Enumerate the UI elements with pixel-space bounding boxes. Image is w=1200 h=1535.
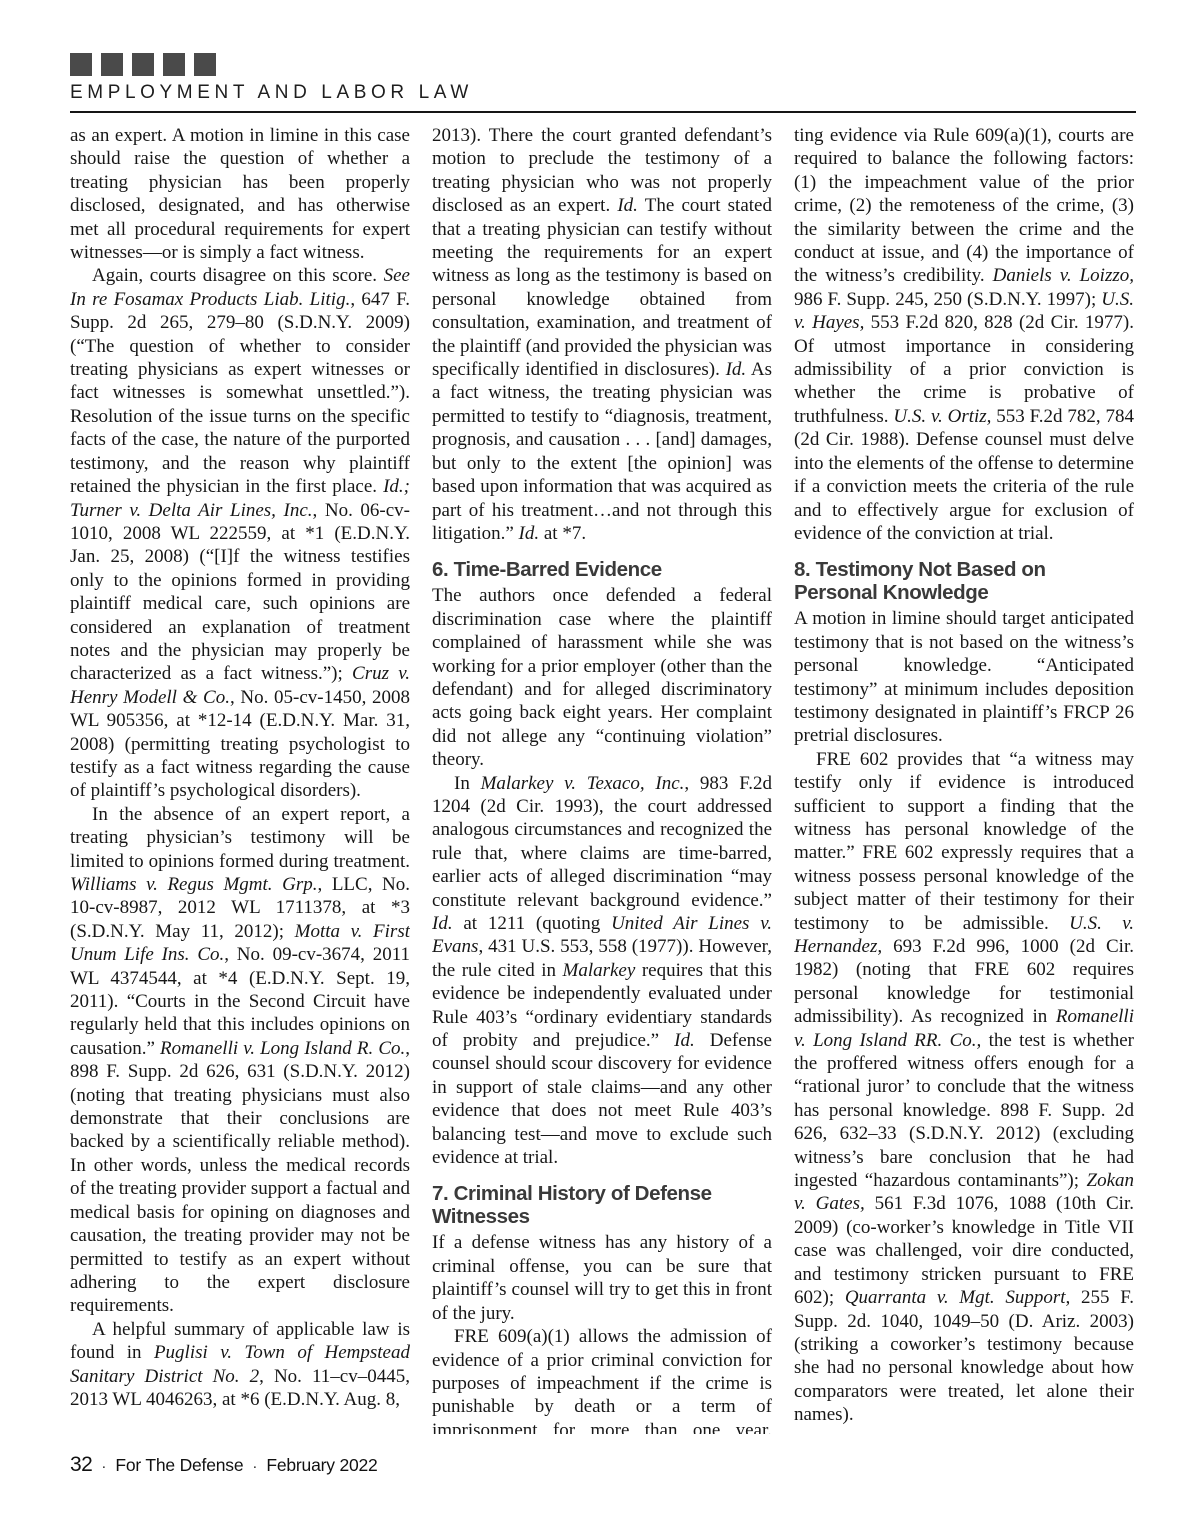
paragraph: ting evidence via Rule 609(a)(1), courts…	[794, 124, 1134, 545]
paragraph: In the absence of an expert report, a tr…	[70, 803, 410, 1318]
header-rule	[70, 111, 1136, 113]
section-heading: 7. Criminal History of Defense Witnesses	[432, 1182, 772, 1228]
marker-square	[194, 53, 216, 76]
magazine-page: EMPLOYMENT AND LABOR LAW as an expert. A…	[0, 0, 1200, 1535]
text-column: as an expert. A motion in limine in this…	[70, 124, 410, 1434]
paragraph: 2013). There the court granted defendant…	[432, 124, 772, 545]
marker-square	[101, 53, 123, 76]
article-columns: as an expert. A motion in limine in this…	[70, 124, 1136, 1434]
paragraph: In Malarkey v. Texaco, Inc., 983 F.2d 12…	[432, 772, 772, 1170]
page-number: 32	[70, 1453, 92, 1477]
paragraph: A helpful summary of applicable law is f…	[70, 1318, 410, 1412]
text-column: ting evidence via Rule 609(a)(1), courts…	[794, 124, 1134, 1434]
text-column: 2013). There the court granted defendant…	[432, 124, 772, 1434]
section-title: EMPLOYMENT AND LABOR LAW	[70, 81, 1136, 105]
page-footer: 32 · For The Defense · February 2022	[70, 1453, 378, 1477]
marker-square	[132, 53, 154, 76]
paragraph: A motion in limine should target anticip…	[794, 607, 1134, 747]
journal-title: For The Defense	[115, 1455, 243, 1476]
paragraph: Again, courts disagree on this score. Se…	[70, 264, 410, 802]
paragraph: If a defense witness has any history of …	[432, 1231, 772, 1325]
footer-separator: ·	[101, 1458, 106, 1475]
section-heading: 6. Time-Barred Evidence	[432, 558, 772, 581]
paragraph: FRE 609(a)(1) allows the admission of ev…	[432, 1325, 772, 1434]
footer-separator: ·	[252, 1458, 257, 1475]
marker-square	[70, 53, 92, 76]
issue-date: February 2022	[266, 1455, 377, 1476]
section-marker-squares	[70, 53, 1136, 76]
section-heading: 8. Testimony Not Based on Personal Knowl…	[794, 558, 1134, 604]
paragraph: as an expert. A motion in limine in this…	[70, 124, 410, 264]
marker-square	[163, 53, 185, 76]
page-content: EMPLOYMENT AND LABOR LAW as an expert. A…	[70, 53, 1136, 1434]
paragraph: FRE 602 provides that “a witness may tes…	[794, 748, 1134, 1427]
paragraph: The authors once defended a federal disc…	[432, 584, 772, 771]
